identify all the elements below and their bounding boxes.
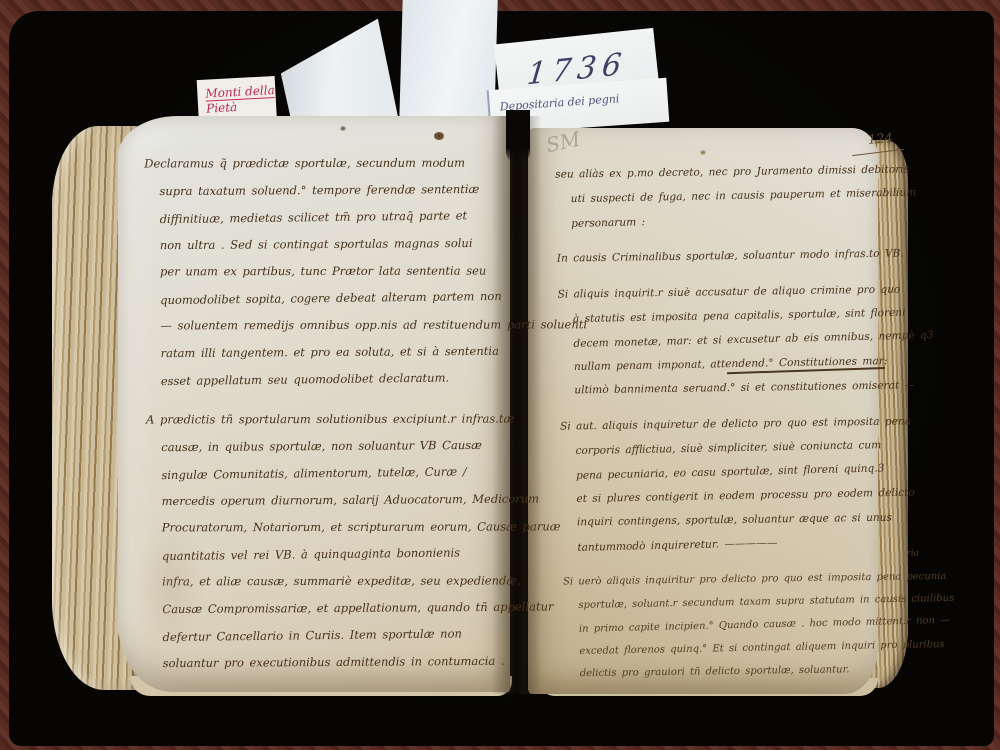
manuscript-line: Declaramus q̃ prædictæ sportulæ, secundu… — [144, 150, 510, 178]
manuscript-line: quomodolibet sopita, cogere debeat alter… — [160, 283, 511, 314]
manuscript-paragraph: Si aliquis inquirit.r siuè accusatur de … — [557, 277, 907, 404]
manuscript-paragraph: Si aut. aliquis inquiretur de delicto pr… — [560, 409, 911, 560]
manuscript-line: ratam illi tangentem. et pro ea soluta, … — [160, 338, 511, 367]
manuscript-line: soluantur pro executionibus admittendis … — [163, 648, 514, 677]
manuscript-line: esset appellatum seu quomodolibet declar… — [161, 364, 512, 395]
folio-number: 124 — [868, 131, 894, 148]
manuscript-paragraph: In causis Criminalibus sportulæ, soluant… — [557, 241, 905, 272]
manuscript-line: singulæ Comunitatis, alimentorum, tutelæ… — [161, 458, 512, 489]
manuscript-line: non ultra . Sed si contingat sportulas m… — [160, 230, 511, 259]
manuscript-line: quantitatis vel rei VB. à quinquaginta b… — [162, 539, 513, 570]
red-label-line2: Pietà — [206, 98, 277, 116]
manuscript-line: diffinitiuæ, medietas scilicet tm̃ pro u… — [159, 202, 510, 233]
tall-paper-strip — [399, 0, 498, 127]
manuscript-line: delictis pro grauiori tñ delicto sportul… — [580, 657, 913, 685]
manuscript-line: — soluentem remedijs omnibus opp.nis ad … — [160, 311, 511, 339]
paper-spot — [700, 150, 706, 155]
manuscript-line: Causæ Compromissariæ, et appellationum, … — [162, 594, 513, 623]
manuscript-line: supra taxatum soluend.° tempore ferendæ … — [159, 176, 510, 205]
ink-blot — [434, 132, 444, 140]
manuscript-paragraph: A prædictis tñ sportularum solutionibus … — [146, 405, 514, 678]
manuscript-line: Procuratorum, Notariorum, et scripturaru… — [162, 513, 513, 541]
manuscript-line: mercedis operum diurnorum, salarij Aduoc… — [162, 486, 513, 515]
paper-stain — [136, 520, 206, 650]
manuscript-line: A prædictis tñ sportularum solutionibus … — [146, 406, 512, 434]
manuscript-photo: 1736 Depositaria dei pegni Monti della P… — [0, 0, 1000, 750]
manuscript-line: infra, et aliæ causæ, summariè expeditæ,… — [162, 567, 513, 595]
right-page-text: ria seu aliàs ex p.mo decreto, nec pro J… — [555, 157, 913, 687]
manuscript-paragraph: Si uerò aliquis inquiritur pro delicto p… — [563, 565, 913, 687]
manuscript-line: ultimò bannimenta seruand.° si et consti… — [574, 373, 907, 402]
manuscript-line: per unam ex partibus, tunc Prætor lata s… — [160, 257, 511, 285]
manuscript-paragraph: Declaramus q̃ prædictæ sportulæ, secundu… — [144, 149, 512, 395]
manuscript-paragraph: seu aliàs ex p.mo decreto, nec pro Juram… — [555, 157, 904, 236]
manuscript-line: In causis Criminalibus sportulæ, soluant… — [557, 241, 905, 270]
ink-spot — [340, 126, 346, 131]
manuscript-line: defertur Cancellario in Curiis. Item spo… — [162, 620, 513, 651]
manuscript-line: causæ, in quibus sportulæ, non soluantur… — [161, 432, 512, 461]
